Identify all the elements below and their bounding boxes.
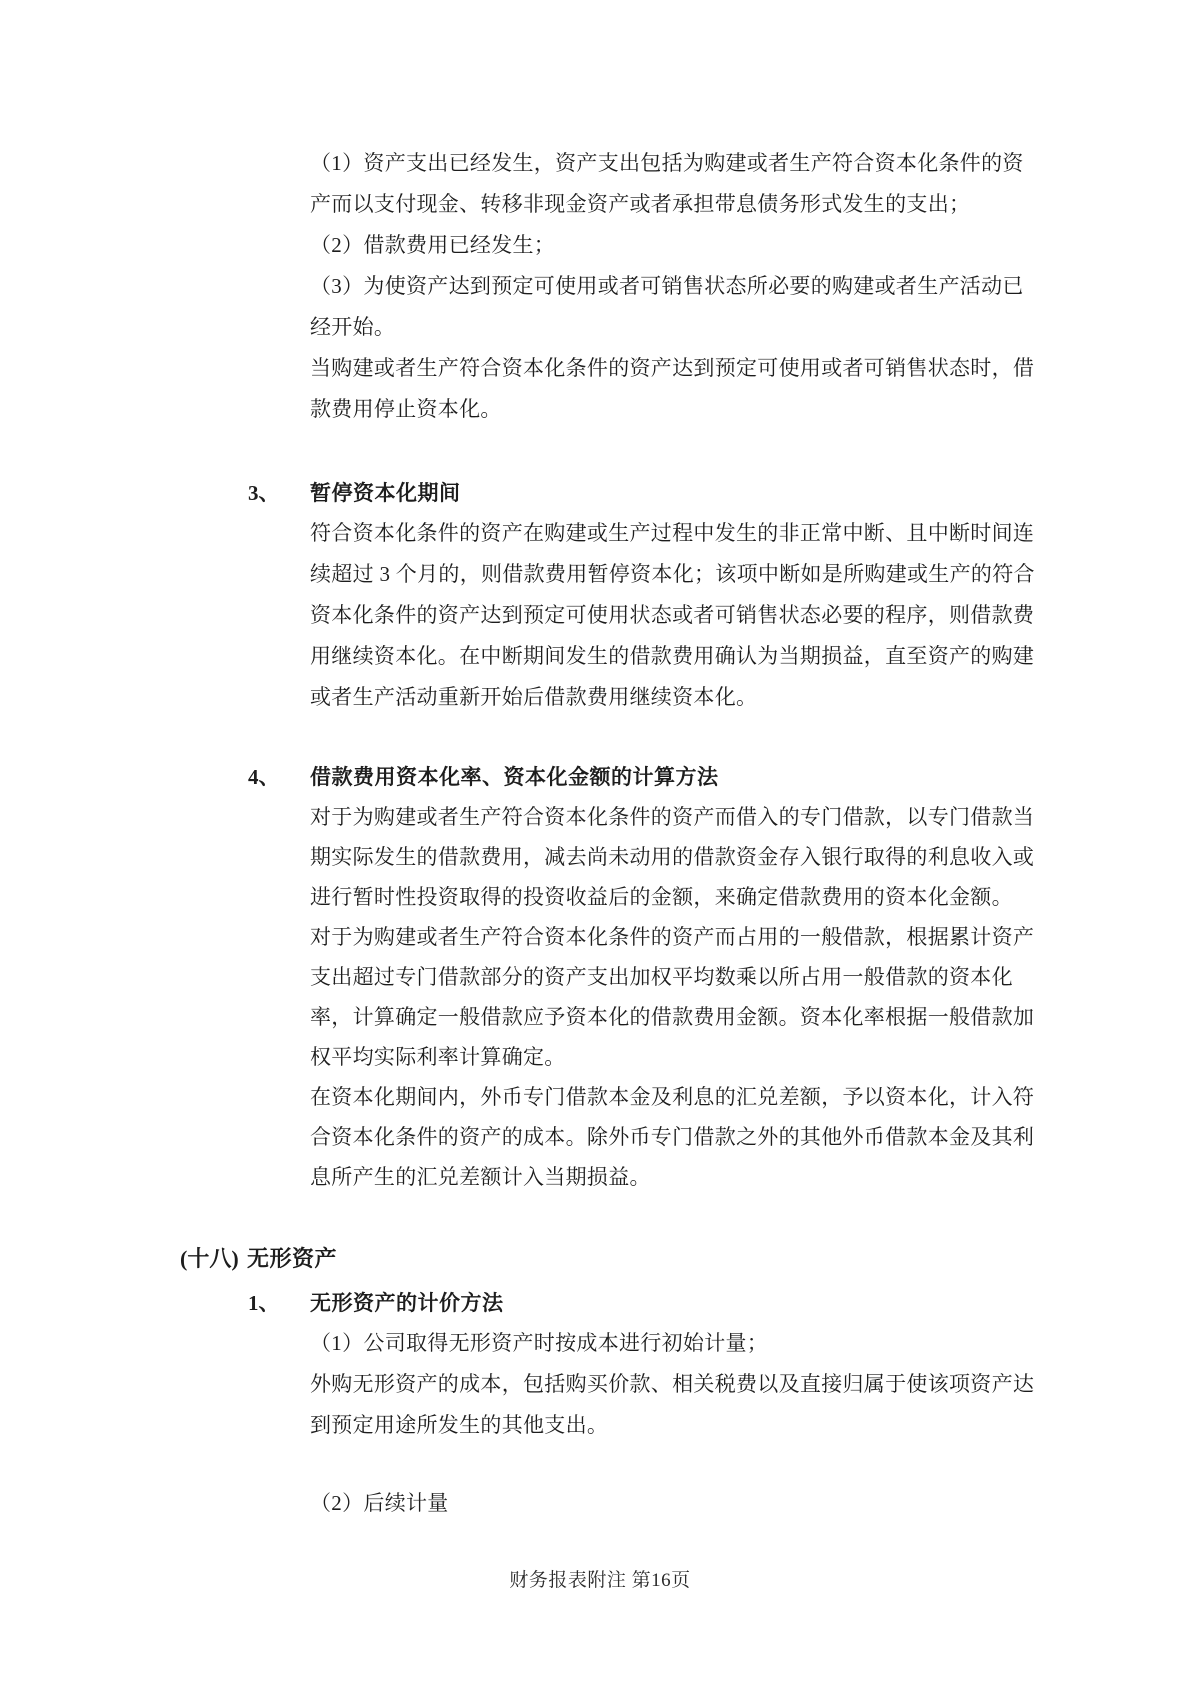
section-number: 4、 bbox=[248, 757, 280, 798]
text-line: （1）公司取得无形资产时按成本进行初始计量； bbox=[310, 1323, 1026, 1364]
section-title: 借款费用资本化率、资本化金额的计算方法 bbox=[310, 757, 719, 798]
text-line: 用继续资本化。在中断期间发生的借款费用确认为当期损益，直至资产的购建 bbox=[310, 636, 1026, 677]
text-line: 款费用停止资本化。 bbox=[310, 389, 1026, 430]
section-title: 暂停资本化期间 bbox=[310, 473, 461, 514]
text-line: 对于为购建或者生产符合资本化条件的资产而借入的专门借款，以专门借款当 bbox=[310, 797, 1026, 838]
text-line: 经开始。 bbox=[310, 307, 1026, 348]
text-line: 续超过 3 个月的，则借款费用暂停资本化；该项中断如是所购建或生产的符合 bbox=[310, 554, 1026, 595]
text-line: （2）后续计量 bbox=[310, 1483, 1026, 1524]
text-line: 率，计算确定一般借款应予资本化的借款费用金额。资本化率根据一般借款加 bbox=[310, 997, 1026, 1038]
document-page: （1）资产支出已经发生，资产支出包括为购建或者生产符合资本化条件的资 产而以支付… bbox=[0, 0, 1200, 1696]
text-line: 息所产生的汇兑差额计入当期损益。 bbox=[310, 1157, 1026, 1198]
text-line: 到预定用途所发生的其他支出。 bbox=[310, 1405, 1026, 1446]
text-line: 合资本化条件的资产的成本。除外币专门借款之外的其他外币借款本金及其利 bbox=[310, 1117, 1026, 1158]
section-number: 3、 bbox=[248, 473, 280, 514]
section-title: 无形资产 bbox=[247, 1238, 337, 1279]
text-line: 符合资本化条件的资产在购建或生产过程中发生的非正常中断、且中断时间连 bbox=[310, 513, 1026, 554]
text-line: 产而以支付现金、转移非现金资产或者承担带息债务形式发生的支出； bbox=[310, 184, 1026, 225]
text-line: （1）资产支出已经发生，资产支出包括为购建或者生产符合资本化条件的资 bbox=[310, 143, 1026, 184]
text-line: 期实际发生的借款费用，减去尚未动用的借款资金存入银行取得的利息收入或 bbox=[310, 837, 1026, 878]
text-line: 对于为购建或者生产符合资本化条件的资产而占用的一般借款，根据累计资产 bbox=[310, 917, 1026, 958]
text-line: 进行暂时性投资取得的投资收益后的金额，来确定借款费用的资本化金额。 bbox=[310, 877, 1026, 918]
text-line: 权平均实际利率计算确定。 bbox=[310, 1037, 1026, 1078]
text-line: 支出超过专门借款部分的资产支出加权平均数乘以所占用一般借款的资本化 bbox=[310, 957, 1026, 998]
subsection-title: 无形资产的计价方法 bbox=[310, 1283, 504, 1324]
text-line: 外购无形资产的成本，包括购买价款、相关税费以及直接归属于使该项资产达 bbox=[310, 1364, 1026, 1405]
text-line: （3）为使资产达到预定可使用或者可销售状态所必要的购建或者生产活动已 bbox=[310, 266, 1026, 307]
text-line: 或者生产活动重新开始后借款费用继续资本化。 bbox=[310, 677, 1026, 718]
subsection-number: 1、 bbox=[248, 1283, 280, 1324]
section-number: (十八) bbox=[180, 1238, 239, 1279]
text-line: 当购建或者生产符合资本化条件的资产达到预定可使用或者可销售状态时，借 bbox=[310, 348, 1026, 389]
text-line: 在资本化期间内，外币专门借款本金及利息的汇兑差额，予以资本化，计入符 bbox=[310, 1077, 1026, 1118]
text-line: 资本化条件的资产达到预定可使用状态或者可销售状态必要的程序，则借款费 bbox=[310, 595, 1026, 636]
page-footer: 财务报表附注 第16页 bbox=[0, 1560, 1200, 1601]
text-line: （2）借款费用已经发生； bbox=[310, 225, 1026, 266]
